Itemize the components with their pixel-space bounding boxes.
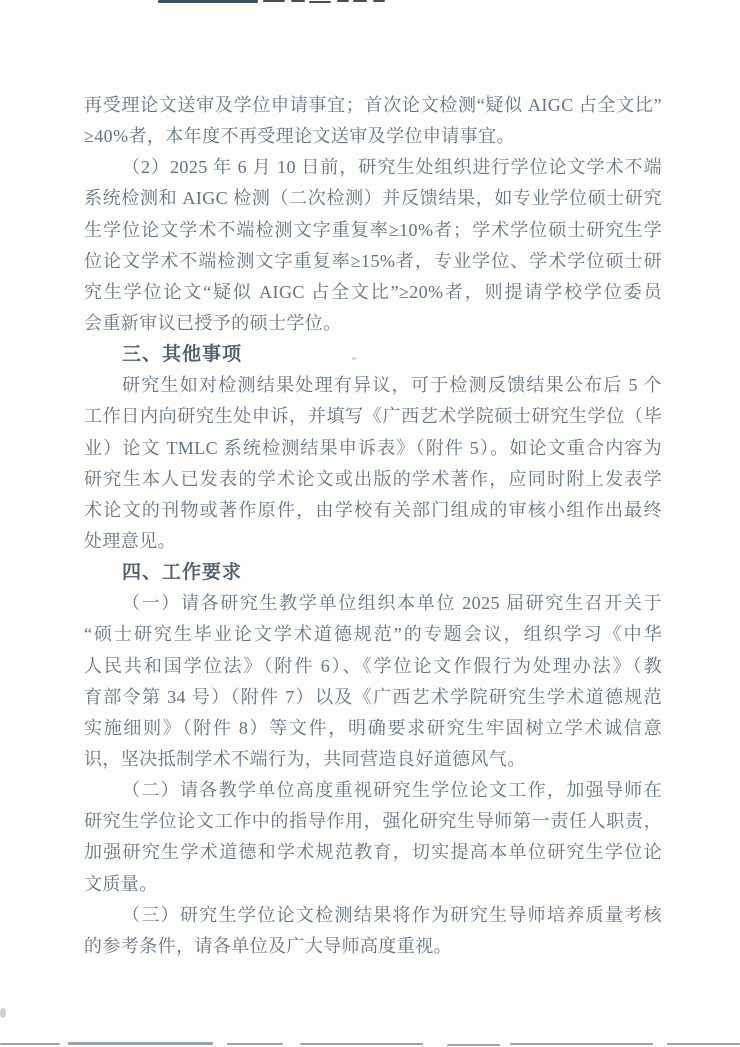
text-line: 研究生如对检测结果处理有异议，可于检测反馈结果公布后 5 个 bbox=[84, 370, 662, 401]
scan-artifact-top bbox=[353, 0, 367, 2]
text-line: 术论文的刊物或著作原件，由学校有关部门组成的审核小组作出最终 bbox=[84, 495, 662, 526]
scan-artifact-bottom bbox=[510, 1043, 653, 1045]
text-line: 的参考条件，请各单位及广大导师高度重视。 bbox=[84, 931, 662, 962]
text-line: 业）论文 TMLC 系统检测结果申诉表》（附件 5）。如论文重合内容为 bbox=[84, 433, 662, 464]
text-line: 工作日内向研究生处申诉，并填写《广西艺术学院硕士研究生学位（毕 bbox=[84, 401, 662, 432]
scan-artifact-top bbox=[337, 0, 349, 2]
text-line: （2）2025 年 6 月 10 日前，研究生处组织进行学位论文学术不端 bbox=[84, 152, 662, 183]
scan-artifact-top bbox=[158, 0, 258, 3]
section-heading-other-matters: 三、其他事项 bbox=[84, 339, 662, 370]
scan-artifact-top bbox=[263, 0, 285, 2]
text-line: 文质量。 bbox=[84, 869, 662, 900]
text-line: 研究生学位论文工作中的指导作用，强化研究生导师第一责任人职责， bbox=[84, 806, 662, 837]
text-line: 识，坚决抵制学术不端行为，共同营造良好道德风气。 bbox=[84, 744, 662, 775]
scan-artifact-bottom bbox=[300, 1043, 423, 1045]
scan-artifact-bottom bbox=[667, 1043, 740, 1045]
scanned-document-page: 再受理论文送审及学位申请事宜；首次论文检测“疑似 AIGC 占全文比” ≥40%… bbox=[0, 0, 740, 1047]
text-line: 再受理论文送审及学位申请事宜；首次论文检测“疑似 AIGC 占全文比” bbox=[84, 90, 662, 121]
text-line: （三）研究生学位论文检测结果将作为研究生导师培养质量考核 bbox=[84, 900, 662, 931]
text-line: 会重新审议已授予的硕士学位。 bbox=[84, 308, 662, 339]
scan-artifact-bottom bbox=[68, 1042, 213, 1045]
scan-artifact-bottom bbox=[0, 1043, 60, 1045]
text-line: ≥40%者，本年度不再受理论文送审及学位申请事宜。 bbox=[84, 121, 662, 152]
scan-artifact-top bbox=[309, 1, 331, 3]
scan-artifact-bottom bbox=[227, 1043, 283, 1045]
scan-artifact-bottom bbox=[447, 1044, 500, 1046]
text-line: 究生学位论文“疑似 AIGC 占全文比”≥20%者，则提请学校学位委员 bbox=[84, 277, 662, 308]
text-line: 研究生本人已发表的学术论文或出版的学术著作，应同时附上发表学 bbox=[84, 464, 662, 495]
text-line: 处理意见。 bbox=[84, 526, 662, 557]
document-body: 再受理论文送审及学位申请事宜；首次论文检测“疑似 AIGC 占全文比” ≥40%… bbox=[84, 90, 662, 962]
text-line: 生学位论文学术不端检测文字重复率≥10%者；学术学位硕士研究生学 bbox=[84, 215, 662, 246]
text-line: 位论文学术不端检测文字重复率≥15%者，专业学位、学术学位硕士研 bbox=[84, 246, 662, 277]
text-line: “硕士研究生毕业论文学术道德规范”的专题会议，组织学习《中华 bbox=[84, 619, 662, 650]
scan-artifact-top bbox=[291, 0, 305, 2]
text-line: 系统检测和 AIGC 检测（二次检测）并反馈结果，如专业学位硕士研究 bbox=[84, 183, 662, 214]
text-line: 人民共和国学位法》（附件 6）、《学位论文作假行为处理办法》（教 bbox=[84, 651, 662, 682]
text-line: （一）请各研究生教学单位组织本单位 2025 届研究生召开关于 bbox=[84, 588, 662, 619]
scan-artifact-top bbox=[373, 0, 385, 2]
text-line: 育部令第 34 号）（附件 7）以及《广西艺术学院研究生学术道德规范 bbox=[84, 682, 662, 713]
section-heading-work-requirements: 四、工作要求 bbox=[84, 557, 662, 588]
text-line: 实施细则》（附件 8）等文件，明确要求研究生牢固树立学术诚信意 bbox=[84, 713, 662, 744]
scan-speck bbox=[0, 1008, 6, 1018]
text-line: 加强研究生学术道德和学术规范教育，切实提高本单位研究生学位论 bbox=[84, 837, 662, 868]
text-line: （二）请各教学单位高度重视研究生学位论文工作，加强导师在 bbox=[84, 775, 662, 806]
